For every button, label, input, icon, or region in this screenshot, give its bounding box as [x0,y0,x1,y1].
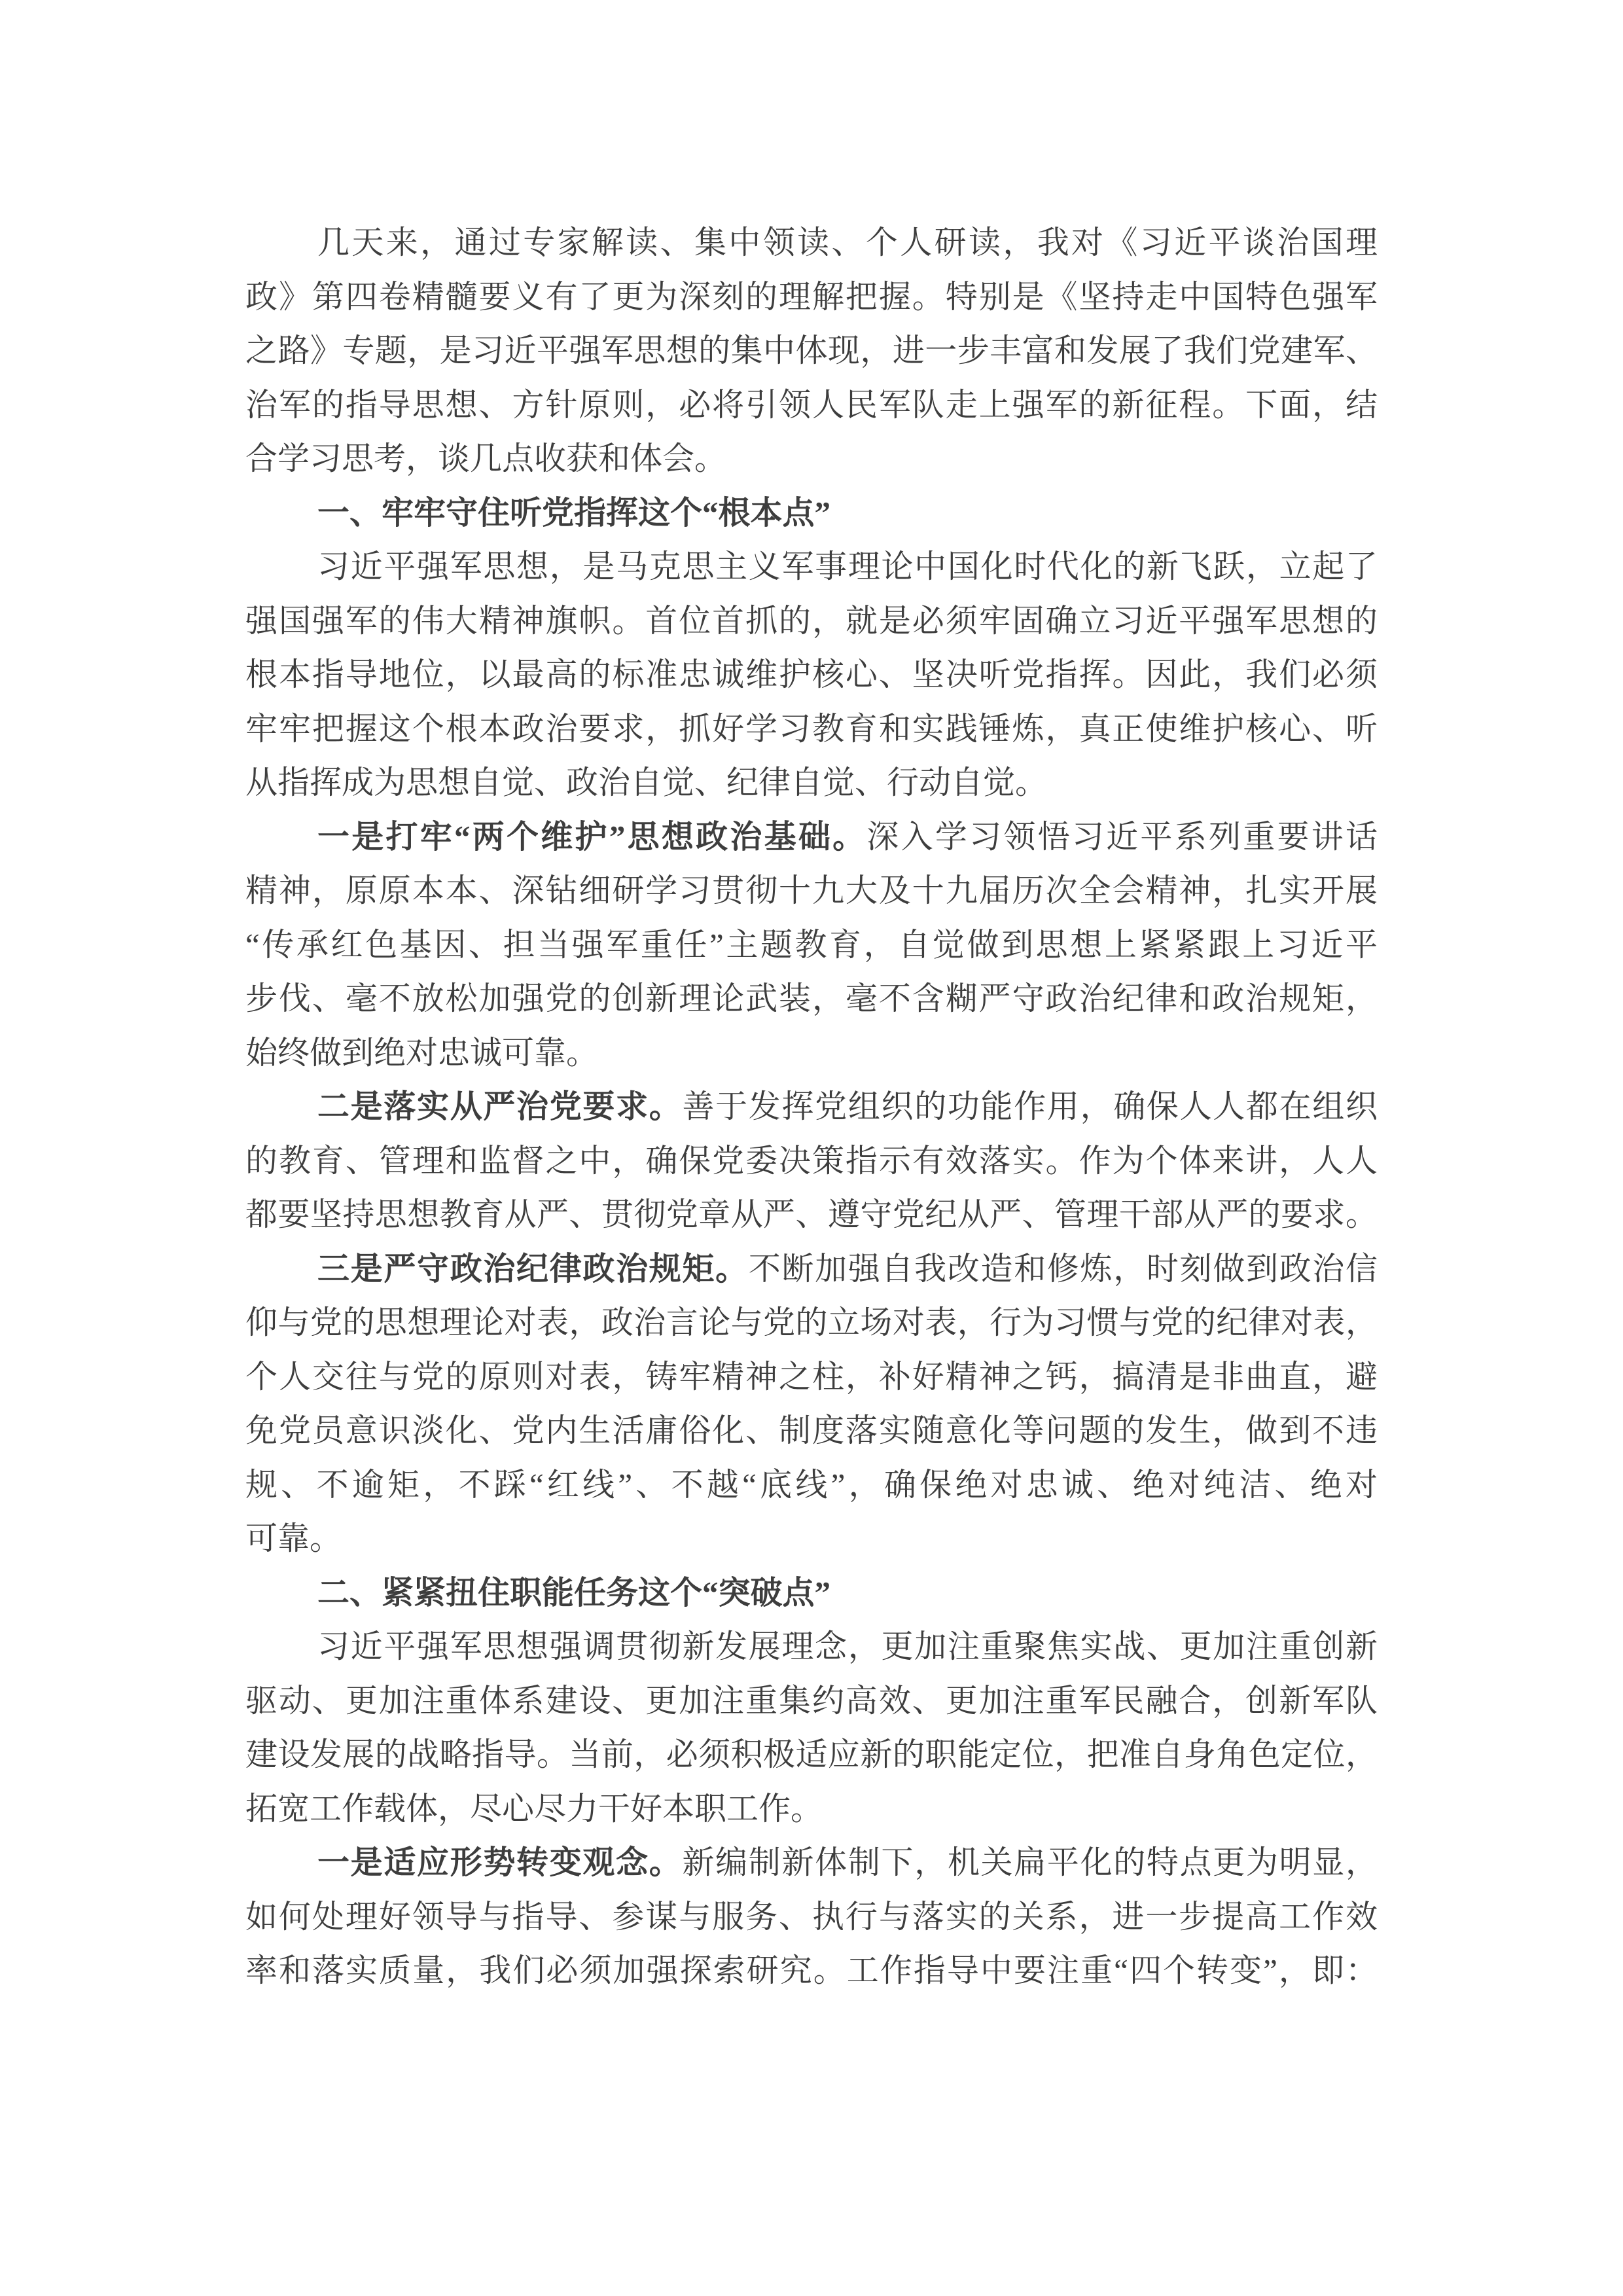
line-text: 政》第四卷精髓要义有了更为深刻的理解把握。特别是《坚持走中国特色强军 [245,279,1378,315]
heading-line: 二、紧紧扭住职能任务这个“突破点” [245,1566,1378,1621]
text-line: 习近平强军思想，是马克思主义军事理论中国化时代化的新飞跃，立起了 [245,540,1378,594]
text-line: 步伐、毫不放松加强党的创新理论武装，毫不含糊严守政治纪律和政治规矩， [245,972,1378,1026]
text-line: 二是落实从严治党要求。善于发挥党组织的功能作用，确保人人都在组织 [245,1080,1378,1134]
line-text: 的教育、管理和监督之中，确保党委决策指示有效落实。作为个体来讲，人人 [245,1143,1378,1179]
paragraph: 习近平强军思想强调贯彻新发展理念，更加注重聚焦实战、更加注重创新 驱动、更加注重… [245,1620,1378,1836]
text-line: 始终做到绝对忠诚可靠。 [245,1026,1378,1081]
text-line: 可靠。 [245,1512,1378,1566]
text-line: 三是严守政治纪律政治规矩。不断加强自我改造和修炼，时刻做到政治信 [245,1242,1378,1297]
line-text: 规、不逾矩，不踩“红线”、不越“底线”，确保绝对忠诚、绝对纯洁、绝对 [245,1467,1378,1503]
text-line: 从指挥成为思想自觉、政治自觉、纪律自觉、行动自觉。 [245,756,1378,810]
line-text: 合学习思考，谈几点收获和体会。 [245,440,726,476]
line-text: 善于发挥党组织的功能作用，确保人人都在组织 [682,1088,1378,1124]
line-text: 如何处理好领导与指导、参谋与服务、执行与落实的关系，进一步提高工作效 [245,1899,1378,1935]
bold-text: 一、牢牢守住听党指挥这个“根本点” [317,495,830,531]
section-heading: 一、牢牢守住听党指挥这个“根本点” [245,486,1378,541]
line-text: 新编制新体制下，机关扁平化的特点更为明显， [682,1844,1378,1880]
line-text: 率和落实质量，我们必须加强探索研究。工作指导中要注重“四个转变”，即： [245,1952,1378,1988]
text-line: 习近平强军思想强调贯彻新发展理念，更加注重聚焦实战、更加注重创新 [245,1620,1378,1674]
text-block: 几天来，通过专家解读、集中领读、个人研读，我对《习近平谈治国理 政》第四卷精髓要… [245,216,1378,1998]
line-text: 从指挥成为思想自觉、政治自觉、纪律自觉、行动自觉。 [245,764,1047,800]
text-line: 合学习思考，谈几点收获和体会。 [245,432,1378,486]
line-text: 步伐、毫不放松加强党的创新理论武装，毫不含糊严守政治纪律和政治规矩， [245,980,1378,1016]
text-line: 率和落实质量，我们必须加强探索研究。工作指导中要注重“四个转变”，即： [245,1944,1378,1998]
text-line: 几天来，通过专家解读、集中领读、个人研读，我对《习近平谈治国理 [245,216,1378,270]
heading-line: 一、牢牢守住听党指挥这个“根本点” [245,486,1378,541]
line-text: 始终做到绝对忠诚可靠。 [245,1035,598,1071]
bold-lead-in: 二是落实从严治党要求。 [317,1088,682,1124]
paragraph: 一是适应形势转变观念。新编制新体制下，机关扁平化的特点更为明显， 如何处理好领导… [245,1836,1378,1998]
text-line: 如何处理好领导与指导、参谋与服务、执行与落实的关系，进一步提高工作效 [245,1890,1378,1945]
line-text: “传承红色基因、担当强军重任”主题教育，自觉做到思想上紧紧跟上习近平 [245,927,1378,963]
line-text: 都要坚持思想教育从严、贯彻党章从严、遵守党纪从严、管理干部从严的要求。 [245,1196,1378,1232]
line-text: 仰与党的思想理论对表，政治言论与党的立场对表，行为习惯与党的纪律对表， [245,1304,1378,1340]
line-text: 牢牢把握这个根本政治要求，抓好学习教育和实践锤炼，真正使维护核心、听 [245,711,1378,747]
bold-lead-in: 一是打牢“两个维护”思想政治基础。 [317,819,866,855]
line-text: 习近平强军思想强调贯彻新发展理念，更加注重聚焦实战、更加注重创新 [317,1628,1378,1664]
text-line: 规、不逾矩，不踩“红线”、不越“底线”，确保绝对忠诚、绝对纯洁、绝对 [245,1458,1378,1513]
line-text: 强国强军的伟大精神旗帜。首位首抓的，就是必须牢固确立习近平强军思想的 [245,603,1378,639]
text-line: 强国强军的伟大精神旗帜。首位首抓的，就是必须牢固确立习近平强军思想的 [245,594,1378,649]
line-text: 精神，原原本本、深钻细研学习贯彻十九大及十九届历次全会精神，扎实开展 [245,872,1378,908]
line-text: 根本指导地位，以最高的标准忠诚维护核心、坚决听党指挥。因此，我们必须 [245,656,1378,692]
line-text: 不断加强自我改造和修炼，时刻做到政治信 [749,1251,1378,1287]
text-line: 精神，原原本本、深钻细研学习贯彻十九大及十九届历次全会精神，扎实开展 [245,864,1378,918]
bold-lead-in: 一是适应形势转变观念。 [317,1844,682,1880]
text-line: 免党员意识淡化、党内生活庸俗化、制度落实随意化等问题的发生，做到不违 [245,1404,1378,1458]
line-text: 深入学习领悟习近平系列重要讲话 [866,819,1378,855]
text-line: 之路》专题，是习近平强军思想的集中体现，进一步丰富和发展了我们党建军、 [245,324,1378,378]
line-text: 之路》专题，是习近平强军思想的集中体现，进一步丰富和发展了我们党建军、 [245,332,1378,368]
text-line: “传承红色基因、担当强军重任”主题教育，自觉做到思想上紧紧跟上习近平 [245,918,1378,973]
paragraph: 一是打牢“两个维护”思想政治基础。深入学习领悟习近平系列重要讲话 精神，原原本本… [245,810,1378,1081]
line-text: 治军的指导思想、方针原则，必将引领人民军队走上强军的新征程。下面，结 [245,387,1378,423]
paragraph: 三是严守政治纪律政治规矩。不断加强自我改造和修炼，时刻做到政治信 仰与党的思想理… [245,1242,1378,1566]
text-line: 驱动、更加注重体系建设、更加注重集约高效、更加注重军民融合，创新军队 [245,1674,1378,1729]
text-line: 都要坚持思想教育从严、贯彻党章从严、遵守党纪从严、管理干部从严的要求。 [245,1188,1378,1242]
text-line: 拓宽工作载体，尽心尽力干好本职工作。 [245,1782,1378,1837]
paragraph: 二是落实从严治党要求。善于发挥党组织的功能作用，确保人人都在组织 的教育、管理和… [245,1080,1378,1242]
line-text: 建设发展的战略指导。当前，必须积极适应新的职能定位，把准自身角色定位， [245,1736,1378,1772]
text-line: 一是打牢“两个维护”思想政治基础。深入学习领悟习近平系列重要讲话 [245,810,1378,865]
text-line: 仰与党的思想理论对表，政治言论与党的立场对表，行为习惯与党的纪律对表， [245,1296,1378,1350]
text-line: 政》第四卷精髓要义有了更为深刻的理解把握。特别是《坚持走中国特色强军 [245,270,1378,325]
line-text: 习近平强军思想，是马克思主义军事理论中国化时代化的新飞跃，立起了 [317,548,1378,584]
text-line: 个人交往与党的原则对表，铸牢精神之柱，补好精神之钙，搞清是非曲直，避 [245,1350,1378,1405]
bold-lead-in: 三是严守政治纪律政治规矩。 [317,1251,749,1287]
bold-text: 二、紧紧扭住职能任务这个“突破点” [317,1575,830,1611]
line-text: 可靠。 [245,1520,342,1556]
line-text: 免党员意识淡化、党内生活庸俗化、制度落实随意化等问题的发生，做到不违 [245,1412,1378,1448]
document-page: 几天来，通过专家解读、集中领读、个人研读，我对《习近平谈治国理 政》第四卷精髓要… [0,0,1623,2296]
line-text: 个人交往与党的原则对表，铸牢精神之柱，补好精神之钙，搞清是非曲直，避 [245,1359,1378,1395]
section-heading: 二、紧紧扭住职能任务这个“突破点” [245,1566,1378,1621]
paragraph: 几天来，通过专家解读、集中领读、个人研读，我对《习近平谈治国理 政》第四卷精髓要… [245,216,1378,486]
text-line: 牢牢把握这个根本政治要求，抓好学习教育和实践锤炼，真正使维护核心、听 [245,702,1378,757]
line-text: 驱动、更加注重体系建设、更加注重集约高效、更加注重军民融合，创新军队 [245,1683,1378,1719]
line-text: 几天来，通过专家解读、集中领读、个人研读，我对《习近平谈治国理 [317,224,1378,260]
line-text: 拓宽工作载体，尽心尽力干好本职工作。 [245,1791,823,1827]
paragraph: 习近平强军思想，是马克思主义军事理论中国化时代化的新飞跃，立起了 强国强军的伟大… [245,540,1378,810]
text-line: 建设发展的战略指导。当前，必须积极适应新的职能定位，把准自身角色定位， [245,1728,1378,1782]
text-line: 一是适应形势转变观念。新编制新体制下，机关扁平化的特点更为明显， [245,1836,1378,1890]
text-line: 治军的指导思想、方针原则，必将引领人民军队走上强军的新征程。下面，结 [245,378,1378,433]
text-line: 根本指导地位，以最高的标准忠诚维护核心、坚决听党指挥。因此，我们必须 [245,648,1378,702]
text-line: 的教育、管理和监督之中，确保党委决策指示有效落实。作为个体来讲，人人 [245,1134,1378,1189]
